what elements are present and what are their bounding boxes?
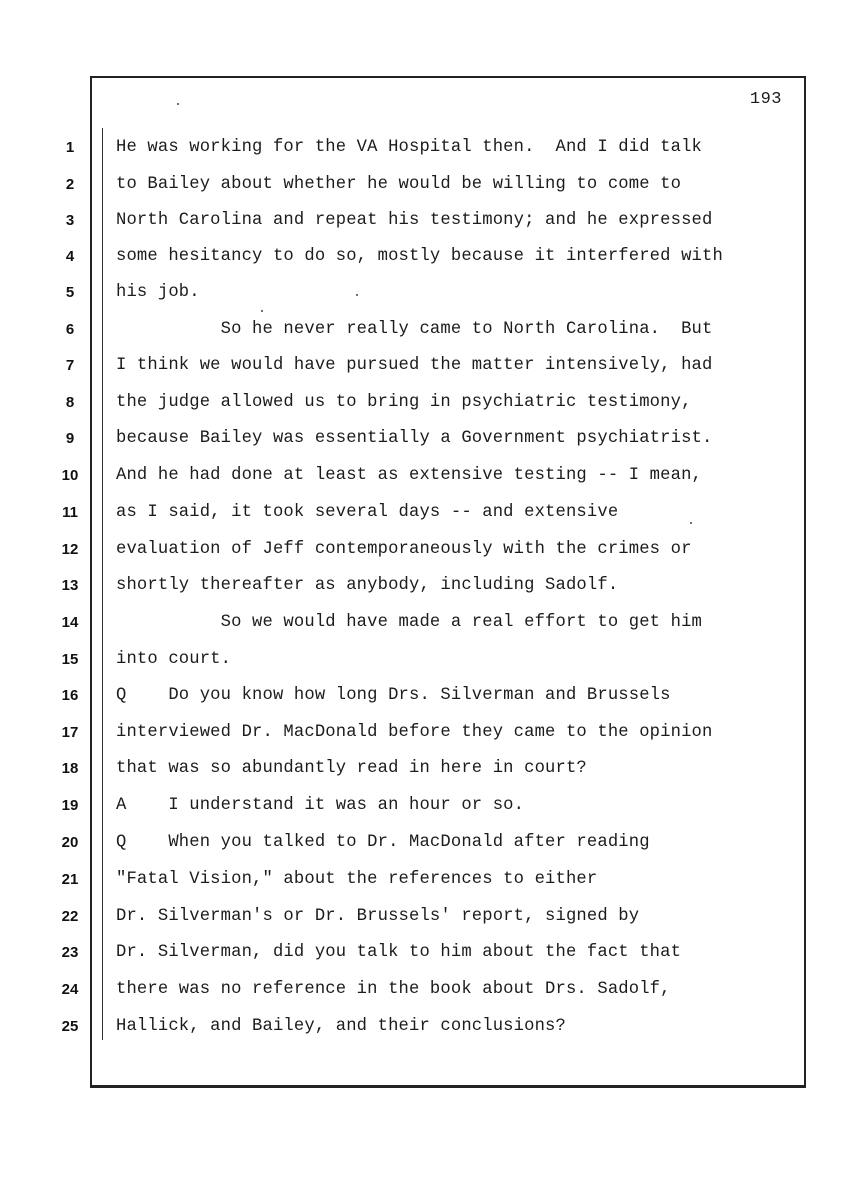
- transcript-line: North Carolina and repeat his testimony;…: [116, 211, 712, 230]
- scan-speck: [690, 522, 692, 524]
- page-number: 193: [750, 90, 782, 109]
- line-number: 25: [56, 1018, 84, 1035]
- line-number: 16: [56, 687, 84, 704]
- transcript-line: "Fatal Vision," about the references to …: [116, 870, 597, 889]
- line-number: 7: [56, 357, 84, 374]
- transcript-line: his job.: [116, 283, 200, 302]
- transcript-line: Q Do you know how long Drs. Silverman an…: [116, 686, 671, 705]
- line-number: 20: [56, 834, 84, 851]
- line-number: 5: [56, 284, 84, 301]
- line-number: 11: [56, 504, 84, 521]
- transcript-line: the judge allowed us to bring in psychia…: [116, 393, 692, 412]
- scan-speck: [177, 103, 179, 105]
- line-number: 10: [56, 467, 84, 484]
- line-number: 13: [56, 577, 84, 594]
- transcript-line: evaluation of Jeff contemporaneously wit…: [116, 540, 692, 559]
- line-number: 1: [56, 139, 84, 156]
- transcript-line: A I understand it was an hour or so.: [116, 796, 524, 815]
- line-number: 14: [56, 614, 84, 631]
- transcript-line: And he had done at least as extensive te…: [116, 466, 702, 485]
- line-number: 4: [56, 248, 84, 265]
- transcript-line: into court.: [116, 650, 231, 669]
- transcript-line: some hesitancy to do so, mostly because …: [116, 247, 723, 266]
- line-number: 2: [56, 176, 84, 193]
- transcript-line: So he never really came to North Carolin…: [116, 320, 712, 339]
- line-number: 24: [56, 981, 84, 998]
- line-number: 15: [56, 651, 84, 668]
- line-number: 18: [56, 760, 84, 777]
- line-number: 21: [56, 871, 84, 888]
- line-number: 23: [56, 944, 84, 961]
- line-number: 9: [56, 430, 84, 447]
- line-number: 12: [56, 541, 84, 558]
- transcript-line: I think we would have pursued the matter…: [116, 356, 712, 375]
- line-number: 22: [56, 908, 84, 925]
- transcript-line: Hallick, and Bailey, and their conclusio…: [116, 1017, 566, 1036]
- line-number: 19: [56, 797, 84, 814]
- page-left-border: [90, 76, 92, 1088]
- transcript-line: Q When you talked to Dr. MacDonald after…: [116, 833, 650, 852]
- scan-speck: [356, 294, 358, 296]
- line-number-margin-rule: [102, 128, 103, 1040]
- scan-speck: [261, 310, 263, 312]
- transcript-line: He was working for the VA Hospital then.…: [116, 138, 702, 157]
- transcript-line: that was so abundantly read in here in c…: [116, 759, 587, 778]
- transcript-line: Dr. Silverman's or Dr. Brussels' report,…: [116, 907, 639, 926]
- line-number: 17: [56, 724, 84, 741]
- transcript-line: Dr. Silverman, did you talk to him about…: [116, 943, 681, 962]
- line-number: 6: [56, 321, 84, 338]
- line-number: 8: [56, 394, 84, 411]
- transcript-line: because Bailey was essentially a Governm…: [116, 429, 712, 448]
- transcript-line: So we would have made a real effort to g…: [116, 613, 702, 632]
- transcript-line: there was no reference in the book about…: [116, 980, 671, 999]
- line-number: 3: [56, 212, 84, 229]
- transcript-line: interviewed Dr. MacDonald before they ca…: [116, 723, 712, 742]
- transcript-line: to Bailey about whether he would be will…: [116, 175, 681, 194]
- transcript-line: as I said, it took several days -- and e…: [116, 503, 618, 522]
- transcript-line: shortly thereafter as anybody, including…: [116, 576, 618, 595]
